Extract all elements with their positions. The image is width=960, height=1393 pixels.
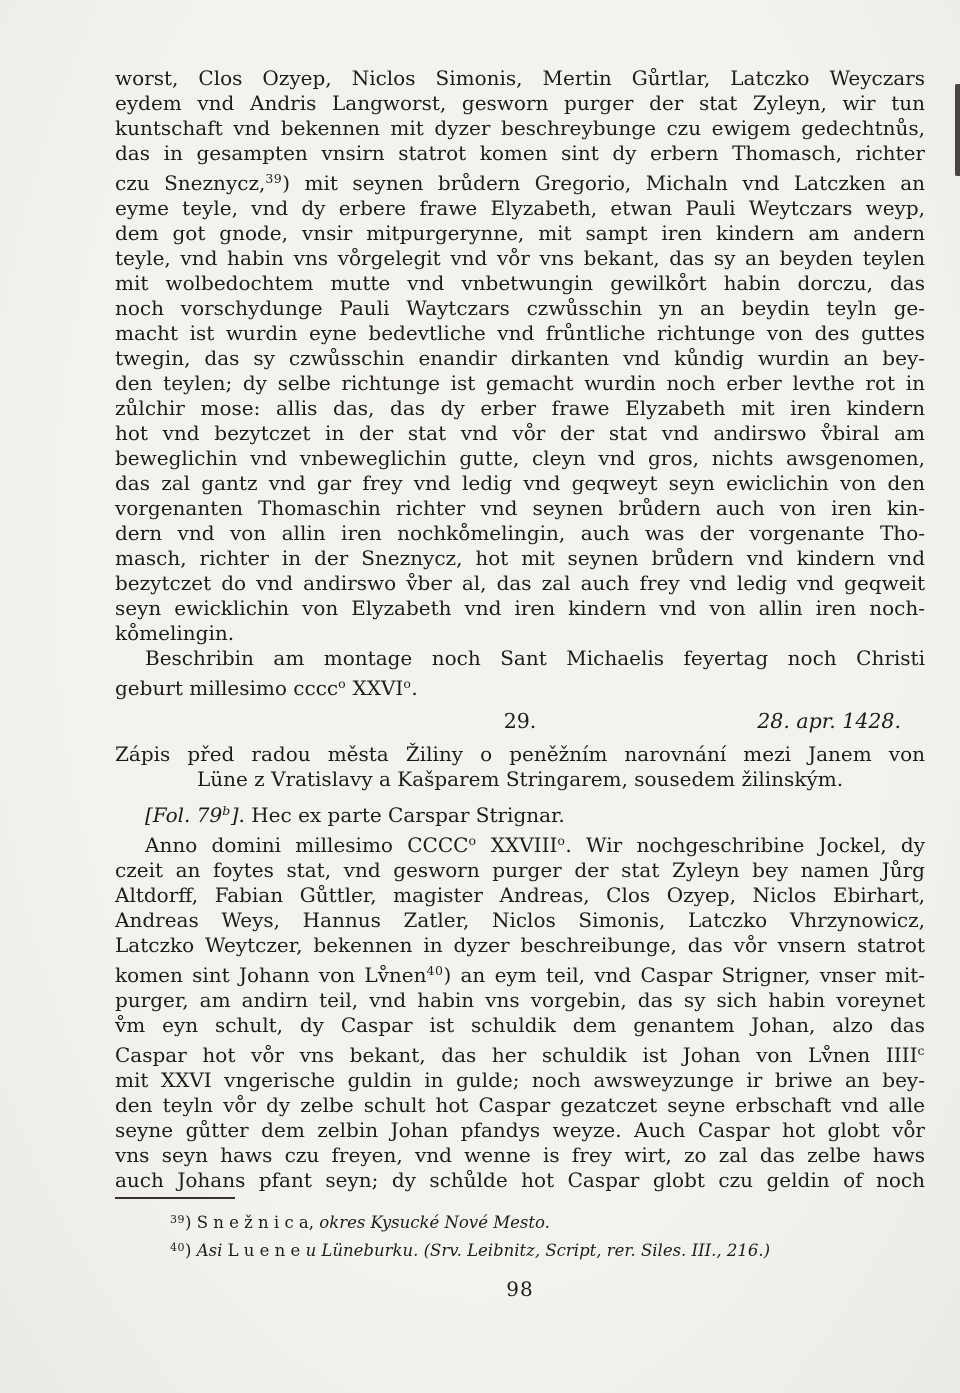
charter-text-line: twegin, das sy czwůsschin enandir dirkan…	[115, 346, 925, 371]
text-segment: o	[338, 676, 346, 691]
charter-text-line: noch vorschydunge Pauli Waytczars czwůss…	[115, 296, 925, 321]
text-segment: noch vorschydunge Pauli Waytczars czwůss…	[115, 296, 925, 320]
charter-text-line: czeit an foytes stat, vnd gesworn purger…	[115, 858, 925, 883]
text-segment: teyle, vnd habin vns vo̊rgelegit vnd vo̊…	[115, 246, 925, 270]
charter-text-line: eyme teyle, vnd dy erbere frawe Elyzabet…	[115, 196, 925, 221]
text-segment: mit XXVI vngerische guldin in gulde; noc…	[115, 1068, 925, 1092]
text-segment: den teyln vo̊r dy zelbe schult hot Caspa…	[115, 1093, 925, 1117]
charter-text-line: ko̊melingin.	[115, 621, 925, 646]
text-segment: worst, Clos Ozyep, Niclos Simonis, Merti…	[115, 66, 925, 90]
text-segment: Andreas Weys, Hannus Zatler, Niclos Simo…	[115, 908, 925, 932]
text-segment: dern vnd von allin iren nochko̊melingin,…	[115, 521, 925, 545]
entry-date: 28. apr. 1428.	[757, 709, 901, 734]
main-text-column: worst, Clos Ozyep, Niclos Simonis, Merti…	[115, 0, 925, 1302]
text-segment: hot vnd bezytczet in der stat vnd vo̊r d…	[115, 421, 925, 445]
entry-number-line: 29. 28. apr. 1428.	[115, 709, 925, 734]
charter-text-line: kuntschaft vnd bekennen mit dyzer beschr…	[115, 116, 925, 141]
charter-text-line: den teyln vo̊r dy zelbe schult hot Caspa…	[115, 1093, 925, 1118]
text-segment: eyme teyle, vnd dy erbere frawe Elyzabet…	[115, 196, 925, 220]
charter-text-line: mit wolbedochtem mutte vnd vnbetwungin g…	[115, 271, 925, 296]
text-segment: Lüne z Vratislavy a Kašparem Stringarem,…	[197, 767, 843, 791]
text-segment: komen sint Johann von Lv̊nen	[115, 963, 427, 987]
text-segment: S n e ž n i c a,	[197, 1213, 320, 1232]
footnote-line: 39) S n e ž n i c a, okres Kysucké Nové …	[115, 1207, 925, 1235]
charter-text-line: komen sint Johann von Lv̊nen40) an eym t…	[115, 958, 925, 988]
charter-text-line: Altdorff, Fabian Gůttler, magister Andre…	[115, 883, 925, 908]
text-segment: Beschribin am montage noch Sant Michaeli…	[145, 646, 925, 670]
text-segment: vorgenanten Thomaschin richter vnd seyne…	[115, 496, 925, 520]
text-segment: auch Johans pfant seyn; dy schůlde hot C…	[115, 1168, 925, 1192]
text-segment: dem got gnode, vnsir mitpurgerynne, mit …	[115, 221, 925, 245]
charter-text-line: worst, Clos Ozyep, Niclos Simonis, Merti…	[115, 66, 925, 91]
charter-text-line: geburt millesimo cccco XXVIo.	[115, 671, 925, 701]
charter-text-line: vns seyn haws czu freyen, vnd wenne is f…	[115, 1143, 925, 1168]
charter-text-line: Beschribin am montage noch Sant Michaeli…	[115, 646, 925, 671]
text-segment: macht ist wurdin eyne bedevtliche vnd fr…	[115, 321, 925, 345]
text-segment: )	[185, 1241, 197, 1260]
text-segment: ]	[231, 803, 239, 827]
text-segment: Altdorff, Fabian Gůttler, magister Andre…	[115, 883, 925, 907]
text-segment: u Lüneburku. (Srv. Leibnitz, Script, rer…	[306, 1241, 770, 1260]
charter-text-line: beweglichin vnd vnbeweglichin gutte, cle…	[115, 446, 925, 471]
text-segment: ko̊melingin.	[115, 621, 234, 645]
text-segment: Anno domini millesimo CCCC	[145, 833, 468, 857]
text-segment: b	[222, 803, 231, 818]
text-segment: vns seyn haws czu freyen, vnd wenne is f…	[115, 1143, 925, 1167]
text-segment: Latczko Weytczer, bekennen in dyzer besc…	[115, 933, 925, 957]
footnotes-block: 39) S n e ž n i c a, okres Kysucké Nové …	[115, 1207, 925, 1263]
text-segment: v̊m eyn schult, dy Caspar ist schuldik d…	[115, 1013, 925, 1037]
text-segment: Caspar hot vo̊r vns bekant, das her schu…	[115, 1043, 917, 1067]
text-segment: . Wir nochgeschribine Jockel, dy	[565, 833, 925, 857]
text-segment: 40	[170, 1241, 185, 1254]
charter-text-line: Latczko Weytczer, bekennen in dyzer besc…	[115, 933, 925, 958]
text-segment: 40	[427, 963, 444, 978]
text-segment: beweglichin vnd vnbeweglichin gutte, cle…	[115, 446, 925, 470]
text-segment: ) mit seynen brůdern Gregorio, Michaln v…	[282, 171, 925, 195]
text-segment: . Hec ex parte Carspar Strignar.	[239, 803, 565, 827]
text-segment: seyn ewicklichin von Elyzabeth vnd iren …	[115, 596, 925, 620]
footnote-line: 40) Asi L u e n e u Lüneburku. (Srv. Lei…	[115, 1235, 925, 1263]
text-segment: okres Kysucké Nové Mesto.	[319, 1213, 550, 1232]
charter-text-line: zůlchir mose: allis das, das dy erber fr…	[115, 396, 925, 421]
charter-text-line: seyne gůtter dem zelbin Johan pfandys we…	[115, 1118, 925, 1143]
text-segment: eydem vnd Andris Langworst, gesworn purg…	[115, 91, 925, 115]
text-segment: geburt millesimo cccc	[115, 676, 338, 700]
text-segment: Asi	[197, 1241, 228, 1260]
charter-text-line: vorgenanten Thomaschin richter vnd seyne…	[115, 496, 925, 521]
text-segment: 39	[170, 1213, 185, 1226]
heading-line: Zápis před radou města Žiliny o peněžním…	[115, 742, 925, 767]
charter-text-line: bezytczet do vnd andirswo v̊ber al, das …	[115, 571, 925, 596]
charter-text-line: das zal gantz vnd gar frey vnd ledig vnd…	[115, 471, 925, 496]
text-segment: Zápis před radou města Žiliny o peněžním…	[115, 742, 925, 766]
text-segment: czeit an foytes stat, vnd gesworn purger…	[115, 858, 925, 882]
text-segment: seyne gůtter dem zelbin Johan pfandys we…	[115, 1118, 925, 1142]
charter-text-line: eydem vnd Andris Langworst, gesworn purg…	[115, 91, 925, 116]
text-segment: L u e n e	[228, 1241, 306, 1260]
charter-text-line: hot vnd bezytczet in der stat vnd vo̊r d…	[115, 421, 925, 446]
charter-text-line: seyn ewicklichin von Elyzabeth vnd iren …	[115, 596, 925, 621]
text-segment: XXVI	[346, 676, 403, 700]
footnote-separator-rule	[115, 1197, 235, 1199]
charter-text-line: auch Johans pfant seyn; dy schůlde hot C…	[115, 1168, 925, 1193]
charter-text-line: dern vnd von allin iren nochko̊melingin,…	[115, 521, 925, 546]
text-segment: masch, richter in der Sneznycz, hot mit …	[115, 546, 925, 570]
charter-text-line: Andreas Weys, Hannus Zatler, Niclos Simo…	[115, 908, 925, 933]
charter-text-line: mit XXVI vngerische guldin in gulde; noc…	[115, 1068, 925, 1093]
text-segment: )	[185, 1213, 197, 1232]
text-segment: den teylen; dy selbe richtunge ist gemac…	[115, 371, 925, 395]
entry-29-paragraph: [Fol. 79b]. Hec ex parte Carspar Strigna…	[115, 798, 925, 1193]
text-segment: [Fol. 79	[145, 803, 222, 827]
entry-28-continuation-paragraph: worst, Clos Ozyep, Niclos Simonis, Merti…	[115, 66, 925, 701]
charter-text-line: purger, am andirn teil, vnd habin vns vo…	[115, 988, 925, 1013]
entry-summary-heading: Zápis před radou města Žiliny o peněžním…	[115, 742, 925, 792]
text-segment: kuntschaft vnd bekennen mit dyzer beschr…	[115, 116, 925, 140]
charter-text-line: macht ist wurdin eyne bedevtliche vnd fr…	[115, 321, 925, 346]
text-segment: czu Sneznycz,	[115, 171, 265, 195]
charter-text-line: Caspar hot vo̊r vns bekant, das her schu…	[115, 1038, 925, 1068]
charter-text-line: teyle, vnd habin vns vo̊rgelegit vnd vo̊…	[115, 246, 925, 271]
text-segment: c	[917, 1043, 925, 1058]
text-segment: ) an eym teil, vnd Caspar Strigner, vnse…	[443, 963, 925, 987]
text-segment: das zal gantz vnd gar frey vnd ledig vnd…	[115, 471, 925, 495]
charter-text-line: das in gesampten vnsirn statrot komen si…	[115, 141, 925, 166]
charter-text-line: czu Sneznycz,39) mit seynen brůdern Greg…	[115, 166, 925, 196]
charter-text-line: masch, richter in der Sneznycz, hot mit …	[115, 546, 925, 571]
page-number: 98	[115, 1277, 925, 1302]
text-segment: das in gesampten vnsirn statrot komen si…	[115, 141, 925, 165]
charter-text-line: dem got gnode, vnsir mitpurgerynne, mit …	[115, 221, 925, 246]
text-segment: zůlchir mose: allis das, das dy erber fr…	[115, 396, 925, 420]
text-segment: bezytczet do vnd andirswo v̊ber al, das …	[115, 571, 925, 595]
charter-text-line: v̊m eyn schult, dy Caspar ist schuldik d…	[115, 1013, 925, 1038]
scan-edge-artifact	[955, 84, 960, 176]
text-segment: mit wolbedochtem mutte vnd vnbetwungin g…	[115, 271, 925, 295]
text-segment: 39	[265, 171, 282, 186]
document-page: worst, Clos Ozyep, Niclos Simonis, Merti…	[0, 0, 960, 1393]
charter-text-line: Anno domini millesimo CCCCo XXVIIIo. Wir…	[115, 828, 925, 858]
text-segment: .	[411, 676, 417, 700]
text-segment: purger, am andirn teil, vnd habin vns vo…	[115, 988, 925, 1012]
charter-text-line: den teylen; dy selbe richtunge ist gemac…	[115, 371, 925, 396]
heading-line: Lüne z Vratislavy a Kašparem Stringarem,…	[115, 767, 925, 792]
charter-text-line: [Fol. 79b]. Hec ex parte Carspar Strigna…	[115, 798, 925, 828]
text-segment: twegin, das sy czwůsschin enandir dirkan…	[115, 346, 925, 370]
text-segment: XXVIII	[476, 833, 557, 857]
